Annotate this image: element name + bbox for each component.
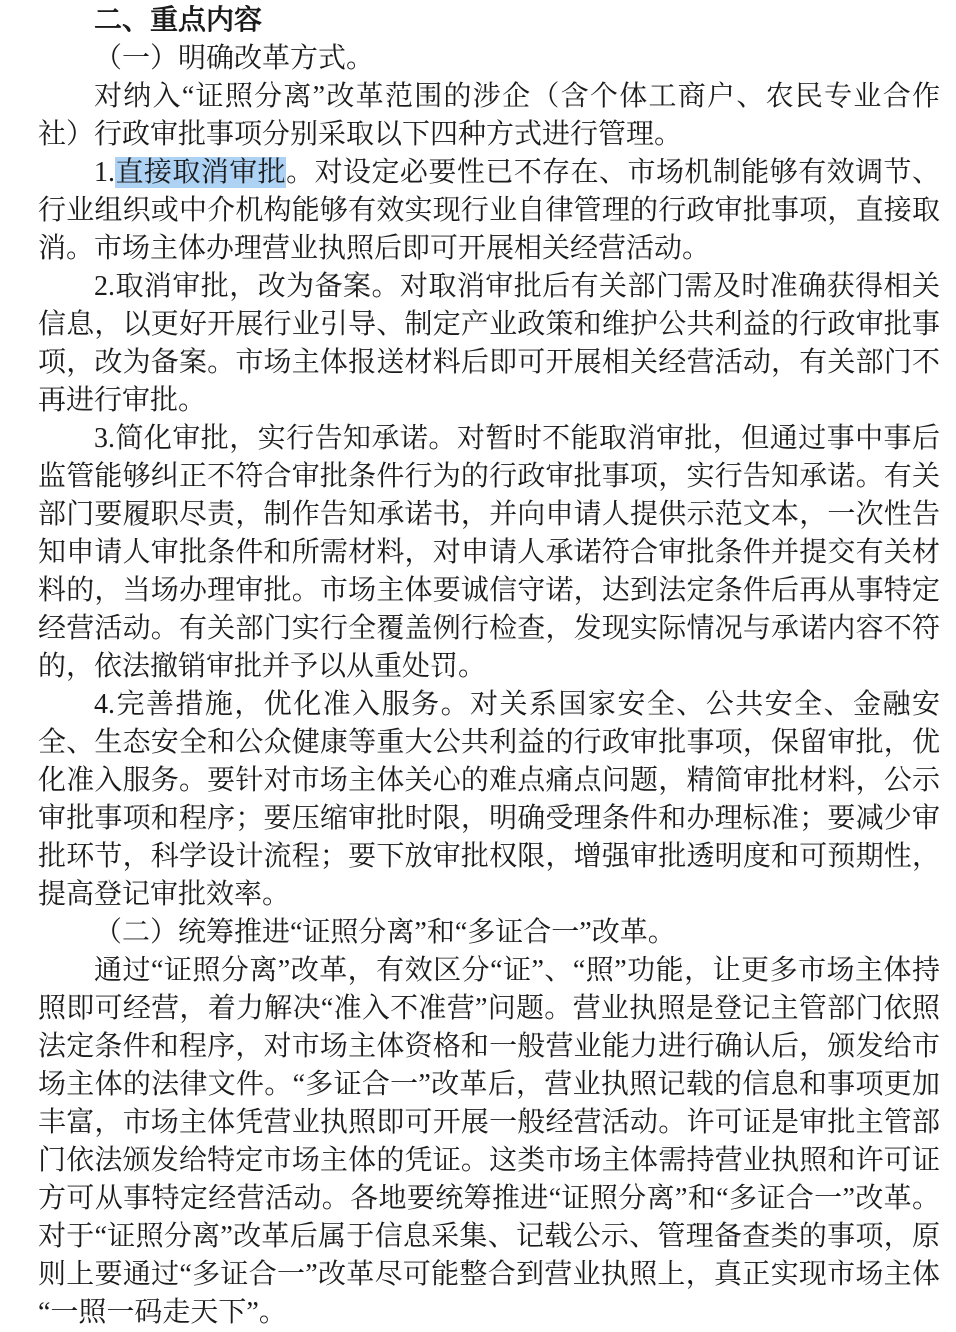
- subsection-1-heading: （一）明确改革方式。: [38, 40, 940, 78]
- item-3-paragraph: 3.简化审批，实行告知承诺。对暂时不能取消审批，但通过事中事后监管能够纠正不符合…: [38, 420, 940, 686]
- item-1-number: 1.: [94, 157, 115, 188]
- document-page: 二、重点内容 （一）明确改革方式。 对纳入“证照分离”改革范围的涉企（含个体工商…: [0, 0, 956, 1332]
- item-4-paragraph: 4.完善措施，优化准入服务。对关系国家安全、公共安全、金融安全、生态安全和公众健…: [38, 686, 940, 914]
- section-heading: 二、重点内容: [38, 2, 940, 40]
- item-2-paragraph: 2.取消审批，改为备案。对取消审批后有关部门需及时准确获得相关信息，以更好开展行…: [38, 268, 940, 420]
- item-1-paragraph: 1.直接取消审批。对设定必要性已不存在、市场机制能够有效调节、行业组织或中介机构…: [38, 154, 940, 268]
- text-selection-highlight: 直接取消审批: [115, 157, 286, 188]
- closing-paragraph: 通过“证照分离”改革，有效区分“证”、“照”功能，让更多市场主体持照即可经营，着…: [38, 952, 940, 1332]
- intro-paragraph: 对纳入“证照分离”改革范围的涉企（含个体工商户、农民专业合作社）行政审批事项分别…: [38, 78, 940, 154]
- subsection-2-heading: （二）统筹推进“证照分离”和“多证合一”改革。: [38, 914, 940, 952]
